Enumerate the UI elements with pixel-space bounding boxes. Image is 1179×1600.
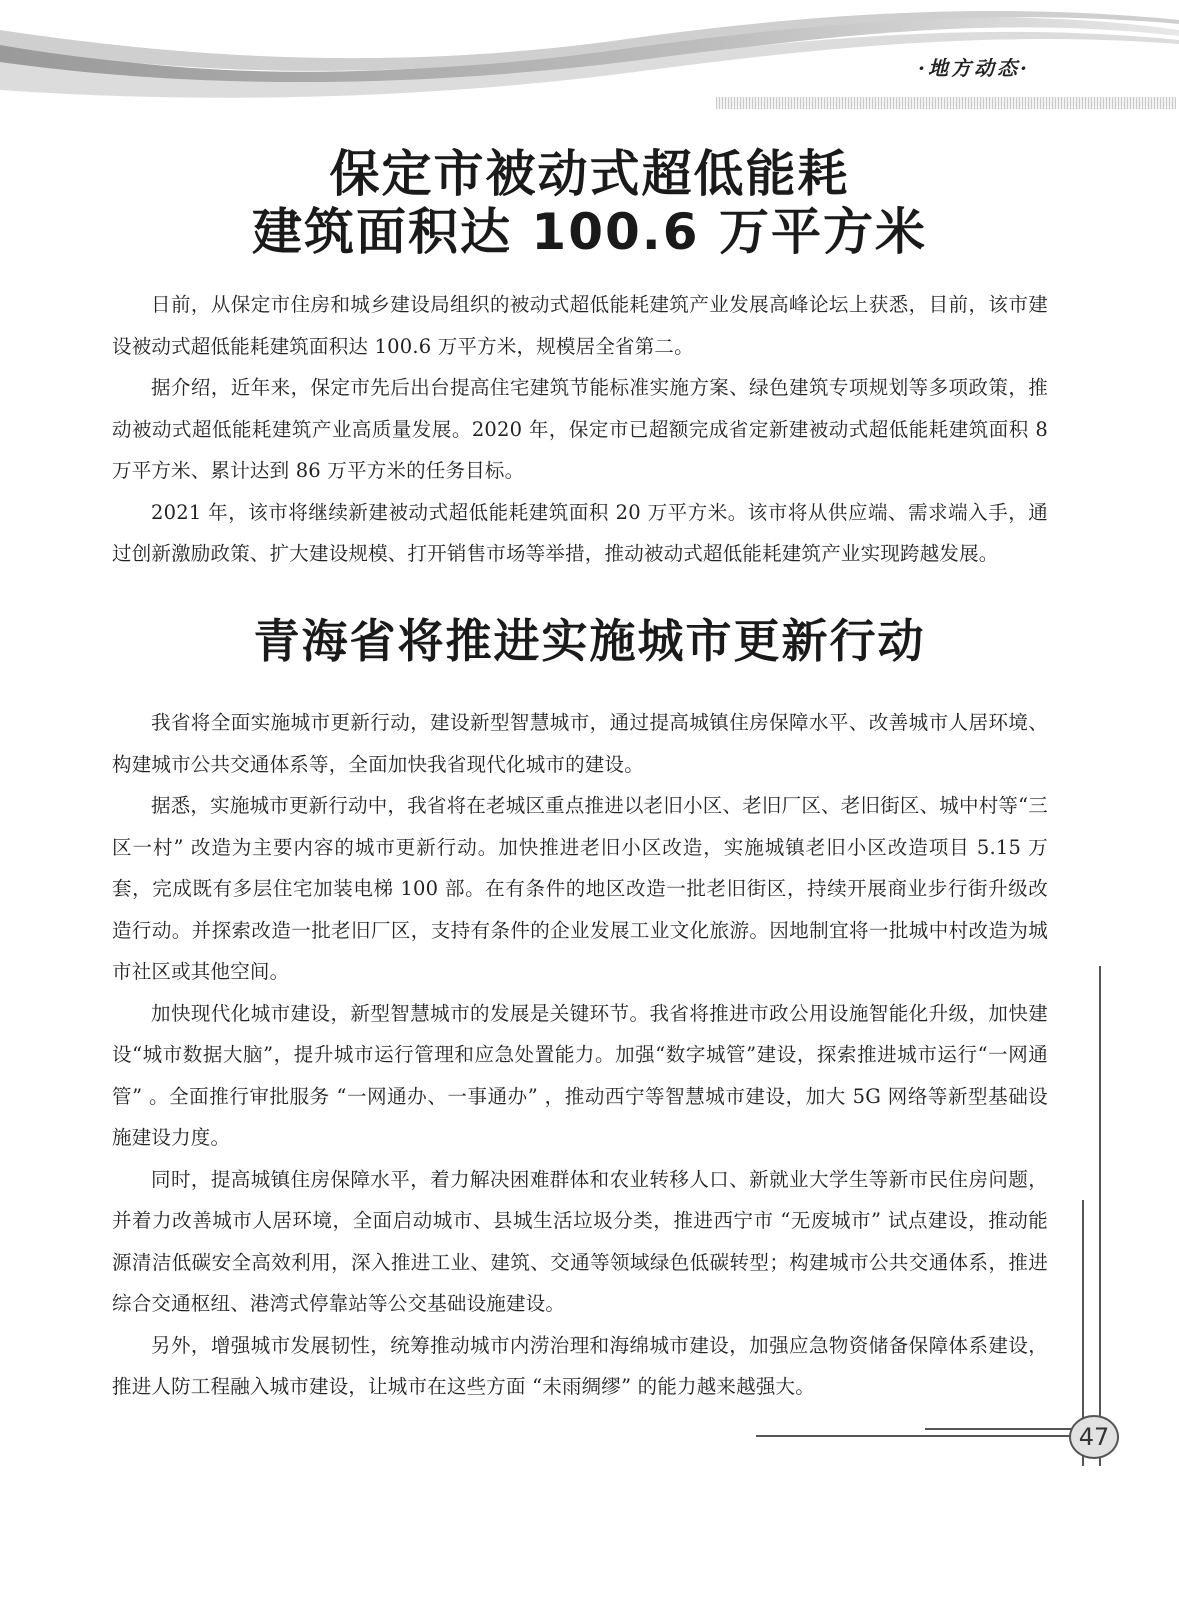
article1-title-line2: 建筑面积达 100.6 万平方米 [0, 204, 1179, 260]
article2-paragraph: 加快现代化城市建设，新型智慧城市的发展是关键环节。我省将推进市政公用设施智能化升… [112, 993, 1048, 1159]
article2-paragraph: 我省将全面实施城市更新行动，建设新型智慧城市，通过提高城镇住房保障水平、改善城市… [112, 702, 1048, 785]
article2-body: 我省将全面实施城市更新行动，建设新型智慧城市，通过提高城镇住房保障水平、改善城市… [112, 702, 1048, 1408]
decorative-vertical-rule [1099, 966, 1101, 1466]
article1-paragraph: 据介绍，近年来，保定市先后出台提高住宅建筑节能标准实施方案、绿色建筑专项规划等多… [112, 367, 1048, 492]
article2-paragraph: 另外，增强城市发展韧性，统筹推动城市内涝治理和海绵城市建设，加强应急物资储备保障… [112, 1325, 1048, 1408]
article1-paragraph: 日前，从保定市住房和城乡建设局组织的被动式超低能耗建筑产业发展高峰论坛上获悉，目… [112, 284, 1048, 367]
article2-title: 青海省将推进实施城市更新行动 [0, 614, 1179, 668]
decorative-horizontal-rule [756, 1435, 1072, 1437]
article2-paragraph: 同时，提高城镇住房保障水平，着力解决困难群体和农业转移人口、新就业大学生等新市民… [112, 1159, 1048, 1325]
decorative-horizontal-rule [925, 1428, 1075, 1430]
article1-body: 日前，从保定市住房和城乡建设局组织的被动式超低能耗建筑产业发展高峰论坛上获悉，目… [112, 284, 1048, 575]
page-number: 47 [1069, 1415, 1119, 1459]
header-hatch-bar [716, 97, 1176, 109]
article2-paragraph: 据悉，实施城市更新行动中，我省将在老城区重点推进以老旧小区、老旧厂区、老旧街区、… [112, 785, 1048, 993]
article1-paragraph: 2021 年，该市将继续新建被动式超低能耗建筑面积 20 万平方米。该市将从供应… [112, 492, 1048, 575]
article1-title-line1: 保定市被动式超低能耗 [0, 146, 1179, 202]
section-label: ·地方动态· [918, 52, 1030, 81]
